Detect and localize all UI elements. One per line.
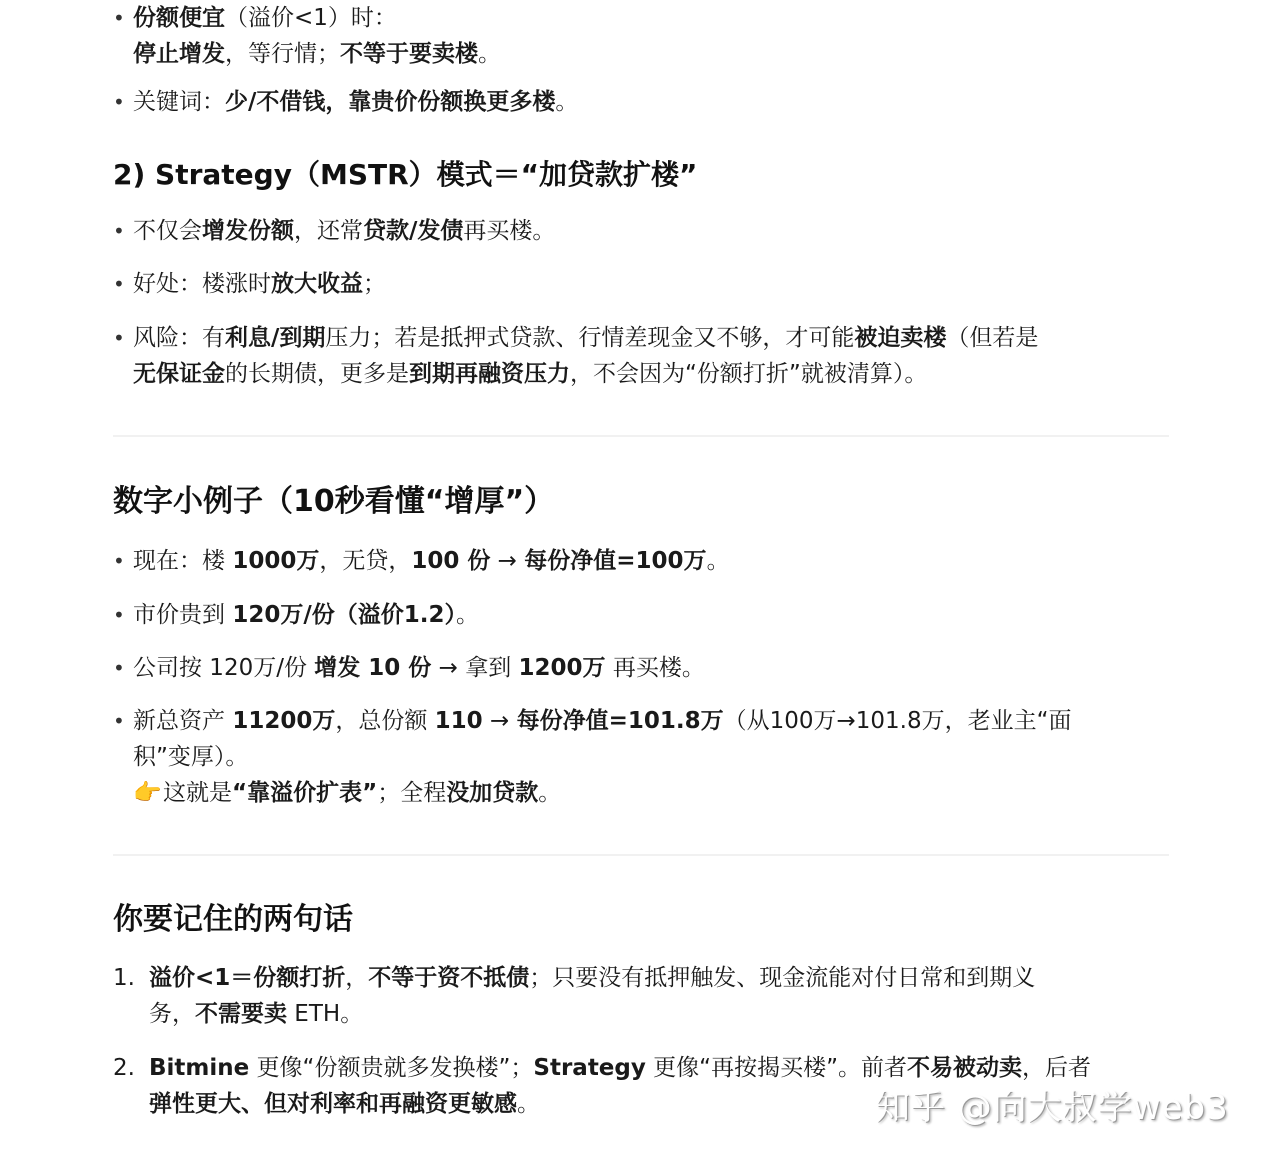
rich-line: 公司按 120万/份 增发 10 份 → 拿到 1200万 再买楼。 xyxy=(133,650,705,686)
text: 压力；若是抵押式贷款、行情差现金又不够，才可能 xyxy=(325,325,854,351)
bold-text: 利息/到期 xyxy=(225,325,325,351)
bullet-strategy-3: 风险：有利息/到期压力；若是抵押式贷款、行情差现金又不够，才可能被迫卖楼（但若是… xyxy=(113,320,1038,392)
numbered-item-1: 1. 溢价<1＝份额打折，不等于资不抵债；只要没有抵押触发、现金流能对付日常和到… xyxy=(113,960,1035,1032)
bullet-keywords: 关键词：少/不借钱，靠贵价份额换更多楼。 xyxy=(113,84,578,120)
text: ；只要没有抵押触发、现金流能对付日常和到期义 xyxy=(529,965,1035,991)
heading-remember: 你要记住的两句话 xyxy=(113,898,353,942)
bullet-strategy-1: 不仅会增发份额，还常贷款/发债再买楼。 xyxy=(113,213,555,249)
text: 关键词： xyxy=(133,89,225,115)
text: 积”变厚）。 xyxy=(133,744,248,770)
bold-text: 1000万 xyxy=(232,548,319,574)
bold-text: 没加贷款 xyxy=(446,780,538,806)
bold-text: 100 份 xyxy=(411,548,490,574)
bold-text: 到期再融资压力 xyxy=(409,361,570,387)
bold-text: 被迫卖楼 xyxy=(854,325,946,351)
text: 再买楼。 xyxy=(606,655,705,681)
text: 更像“份额贵就多发换楼”； xyxy=(249,1055,533,1081)
bold-text: 增发份额 xyxy=(202,218,294,244)
rich-line: 无保证金的长期债，更多是到期再融资压力，不会因为“份额打折”就被清算）。 xyxy=(133,356,1038,392)
text: ；全程 xyxy=(377,780,446,806)
rich-line: 停止增发，等行情；不等于要卖楼。 xyxy=(133,36,501,72)
rich-line: 不仅会增发份额，还常贷款/发债再买楼。 xyxy=(133,213,555,249)
bold-text: 溢价<1＝份额打折 xyxy=(149,965,345,991)
bold-text: 不易被动卖 xyxy=(907,1055,1022,1081)
text: ，无贷， xyxy=(319,548,411,574)
rich-line: 积”变厚）。 xyxy=(133,739,1072,775)
bold-text: 弹性更大、但对利率和再融资更敏感 xyxy=(149,1091,517,1117)
text: 公司按 120万/份 xyxy=(133,655,314,681)
bold-text: 不需要卖 xyxy=(195,1001,287,1027)
item-number: 2. xyxy=(113,1050,135,1086)
text: 不仅会 xyxy=(133,218,202,244)
rich-line: 关键词：少/不借钱，靠贵价份额换更多楼。 xyxy=(133,84,578,120)
text: 现在：楼 xyxy=(133,548,232,574)
text: ，后者 xyxy=(1022,1055,1091,1081)
text: ； xyxy=(363,271,386,297)
text: 。 xyxy=(707,548,730,574)
text: → xyxy=(483,708,517,734)
bullet-cheap-shares: 份额便宜（溢价<1）时： 停止增发，等行情；不等于要卖楼。 xyxy=(113,0,501,72)
pointing-hand-icon: 👉 xyxy=(133,775,163,811)
bold-text: 贷款/发债 xyxy=(363,218,463,244)
bullet-strategy-2: 好处：楼涨时放大收益； xyxy=(113,266,386,302)
text: （溢价<1）时： xyxy=(225,5,397,31)
text: 风险：有 xyxy=(133,325,225,351)
text: 。 xyxy=(517,1091,540,1117)
text: （但若是 xyxy=(946,325,1038,351)
text: ， xyxy=(345,965,368,991)
rich-line: 现在：楼 1000万，无贷，100 份 → 每份净值=100万。 xyxy=(133,543,730,579)
bold-text: 增发 10 份 xyxy=(314,655,431,681)
text: 好处：楼涨时 xyxy=(133,271,271,297)
bold-text: 每份净值=101.8万 xyxy=(517,708,724,734)
bullet-example-3: 公司按 120万/份 增发 10 份 → 拿到 1200万 再买楼。 xyxy=(113,650,705,686)
bold-text: 放大收益 xyxy=(271,271,363,297)
bold-text: “靠溢价扩表” xyxy=(232,780,377,806)
bold-text: 11200万 xyxy=(232,708,335,734)
text: → 拿到 xyxy=(431,655,518,681)
rich-line: 这就是“靠溢价扩表”；全程没加贷款。 xyxy=(163,780,561,806)
rich-line: 市价贵到 120万/份（溢价1.2）。 xyxy=(133,597,479,633)
bold-text: 少/不借钱，靠贵价份额换更多楼 xyxy=(225,89,555,115)
text: 。 xyxy=(538,780,561,806)
text: ，等行情； xyxy=(225,41,340,67)
bold-text: 不等于要卖楼 xyxy=(340,41,478,67)
text: 。 xyxy=(456,602,479,628)
text: 的长期债，更多是 xyxy=(225,361,409,387)
bold-text: 1200万 xyxy=(519,655,606,681)
text: 。 xyxy=(478,41,501,67)
heading-strategy-mode: 2) Strategy（MSTR）模式＝“加贷款扩楼” xyxy=(113,155,697,195)
text: 新总资产 xyxy=(133,708,232,734)
bullet-example-2: 市价贵到 120万/份（溢价1.2）。 xyxy=(113,597,479,633)
divider xyxy=(113,854,1169,856)
text: 再买楼。 xyxy=(463,218,555,244)
bold-text: 120万/份（溢价1.2） xyxy=(232,602,456,628)
text: ，不会因为“份额打折”就被清算）。 xyxy=(570,361,927,387)
divider xyxy=(113,435,1169,437)
text: 务， xyxy=(149,1001,195,1027)
text: ，还常 xyxy=(294,218,363,244)
rich-line: 好处：楼涨时放大收益； xyxy=(133,266,386,302)
heading-number-example: 数字小例子（10秒看懂“增厚”） xyxy=(113,480,554,524)
bold-text: 不等于资不抵债 xyxy=(368,965,529,991)
bold-text: 停止增发 xyxy=(133,41,225,67)
bullet-example-4: 新总资产 11200万，总份额 110 → 每份净值=101.8万（从100万→… xyxy=(113,703,1072,811)
bold-text: 110 xyxy=(435,708,483,734)
zhihu-watermark: 知乎 @向大叔学web3 xyxy=(876,1080,1229,1129)
bold-text: 无保证金 xyxy=(133,361,225,387)
text: ，总份额 xyxy=(335,708,434,734)
bold-text: 每份净值=100万 xyxy=(524,548,706,574)
emoji-line: 👉这就是“靠溢价扩表”；全程没加贷款。 xyxy=(133,775,1072,811)
rich-line: 溢价<1＝份额打折，不等于资不抵债；只要没有抵押触发、现金流能对付日常和到期义 xyxy=(149,960,1035,996)
text: 这就是 xyxy=(163,780,232,806)
text: 更像“再按揭买楼”。前者 xyxy=(646,1055,907,1081)
text: 。 xyxy=(555,89,578,115)
text: （从100万→101.8万，老业主“面 xyxy=(724,708,1072,734)
text: ETH。 xyxy=(287,1001,363,1027)
item-number: 1. xyxy=(113,960,135,996)
rich-line: 风险：有利息/到期压力；若是抵押式贷款、行情差现金又不够，才可能被迫卖楼（但若是 xyxy=(133,320,1038,356)
bullet-example-1: 现在：楼 1000万，无贷，100 份 → 每份净值=100万。 xyxy=(113,543,730,579)
text: 市价贵到 xyxy=(133,602,232,628)
bold-text: Strategy xyxy=(533,1055,645,1081)
rich-line: 份额便宜（溢价<1）时： xyxy=(133,0,501,36)
bold-text: 份额便宜 xyxy=(133,5,225,31)
text: → xyxy=(490,548,524,574)
rich-line: 务，不需要卖 ETH。 xyxy=(149,996,1035,1032)
bold-text: Bitmine xyxy=(149,1055,249,1081)
rich-line: 新总资产 11200万，总份额 110 → 每份净值=101.8万（从100万→… xyxy=(133,703,1072,739)
